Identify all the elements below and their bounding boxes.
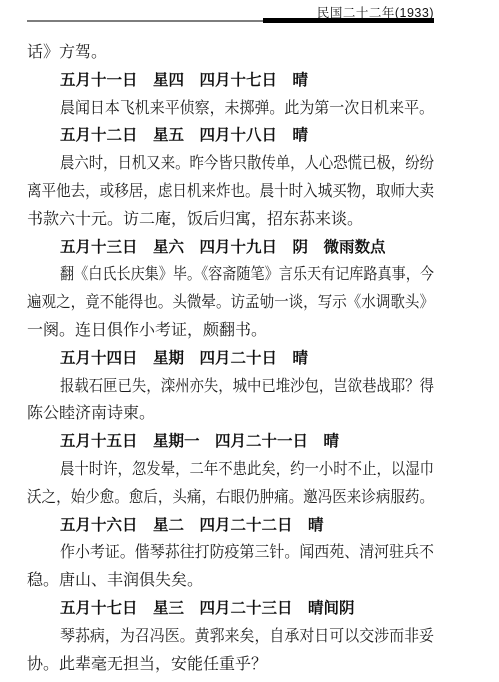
entry-heading: 五月十一日 星四 四月十七日 晴 [27, 67, 434, 95]
entry-text-line: 晨六时，日机又来。昨今皆只散传单，人心恐慌已极，纷纷 [27, 150, 434, 178]
entry-text-line: 翻《白氏长庆集》毕。《容斋随笔》言乐天有记库路真事，今 [27, 261, 434, 289]
entry-text-line: 晨十时许，忽发晕，二年不患此矣，约一小时不止，以湿巾 [27, 456, 434, 484]
entry-heading: 五月十二日 星五 四月十八日 晴 [27, 122, 434, 150]
entry-heading: 五月十六日 星二 四月二十二日 晴 [27, 512, 434, 540]
entry-text-line: 稳。唐山、丰润俱失矣。 [27, 567, 434, 595]
header-rule-thin [27, 20, 264, 22]
entry-text-line: 晨闻日本飞机来平侦察，未掷弹。此为第一次日机来平。 [27, 95, 434, 123]
entry-text-line: 陈公睦济南诗柬。 [27, 400, 434, 428]
page-body: 话》方驾。 五月十一日 星四 四月十七日 晴 晨闻日本飞机来平侦察，未掷弹。此为… [27, 39, 434, 678]
entry-text-line: 一阕。连日俱作小考证，颇翻书。 [27, 317, 434, 345]
entry-heading: 五月十五日 星期一 四月二十一日 晴 [27, 428, 434, 456]
entry-heading: 五月十三日 星六 四月十九日 阴 微雨数点 [27, 234, 434, 262]
header-rule-thick [263, 18, 434, 23]
entry-text-line: 协。此辈毫无担当，安能任重乎？ [27, 651, 434, 679]
entry-text-line: 沃之，始少愈。愈后，头痛，右眼仍肿痛。邀冯医来诊病服药。 [27, 484, 434, 512]
entry-text-line: 遍观之，竟不能得也。头微晕。访孟劬一谈，写示《水调歌头》 [27, 289, 434, 317]
entry-heading: 五月十七日 星三 四月二十三日 晴间阴 [27, 595, 434, 623]
entry-text-line: 离平他去，或移居，虑日机来炸也。晨十时入城买物，取师大卖 [27, 178, 434, 206]
entry-heading: 五月十四日 星期 四月二十日 晴 [27, 345, 434, 373]
continuation-line: 话》方驾。 [27, 39, 434, 67]
entry-text-line: 报载石匣已失，滦州亦失，城中已堆沙包，岂欲巷战耶？得 [27, 373, 434, 401]
book-page: 民国二十二年(1933) 话》方驾。 五月十一日 星四 四月十七日 晴 晨闻日本… [0, 0, 499, 682]
entry-text-line: 书款六十元。访二庵，饭后归寓，招东荪来谈。 [27, 206, 434, 234]
entry-text-line: 琴荪病，为召冯医。黄郛来矣，自承对日可以交涉而非妥 [27, 623, 434, 651]
entry-text-line: 作小考证。偕琴荪往打防疫第三针。闻西苑、清河驻兵不 [27, 539, 434, 567]
